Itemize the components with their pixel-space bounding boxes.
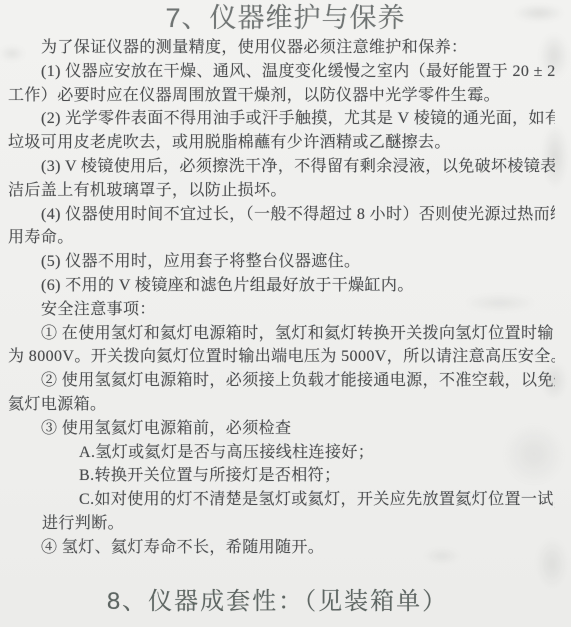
section-7-heading: 7、仪器维护与保养 — [0, 3, 571, 33]
text-line: (1) 仪器应安放在干燥、通风、温度变化缓慢之室内（最好能置于 20 ± 2℃室… — [8, 60, 555, 84]
text-line: 工作）必要时应在仪器周围放置干燥剂，以防仪器中光学零件生霉。 — [8, 84, 555, 108]
text-line: 氦灯电源箱。 — [8, 393, 555, 417]
text-line: 为了保证仪器的测量精度，使用仪器必须注意维护和保养： — [8, 36, 555, 60]
text-line: 洁后盖上有机玻璃罩子，以防止损坏。 — [8, 179, 555, 203]
text-line: (2) 光学零件表面不得用油手或汗手触摸，尤其是 V 棱镜的通光面，如有灰尘或 — [8, 107, 555, 131]
content-lines: 为了保证仪器的测量精度，使用仪器必须注意维护和保养：(1) 仪器应安放在干燥、通… — [0, 36, 571, 560]
text-line: C.如对使用的灯不清楚是氢灯或氦灯，开关应先放置氦灯位置一试， — [8, 488, 555, 512]
text-line: ④ 氢灯、氦灯寿命不长，希随用随开。 — [8, 536, 555, 560]
text-line: ③ 使用氢氦灯电源箱前，必须检查 — [8, 417, 555, 441]
text-line: (5) 仪器不用时，应用套子将整台仪器遮住。 — [8, 250, 555, 274]
text-line: 为 8000V。开关拨向氦灯位置时输出端电压为 5000V，所以请注意高压安全。 — [8, 345, 555, 369]
scanned-manual-page: 7、仪器维护与保养 为了保证仪器的测量精度，使用仪器必须注意维护和保养：(1) … — [0, 0, 571, 627]
text-line: A.氢灯或氦灯是否与高压接线柱连接好； — [8, 441, 555, 465]
text-line: (3) V 棱镜使用后，必须擦洗干净，不得留有剩余浸液，以免破坏棱镜表面，清 — [8, 155, 555, 179]
text-line: 进行判断。 — [8, 512, 555, 536]
text-line: ① 在使用氢灯和氦灯电源箱时，氢灯和氦灯转换开关拨向氢灯位置时输出端电压 — [8, 322, 555, 346]
section-8-heading: 8、仪器成套性：（见装箱单） — [0, 587, 563, 617]
text-line: (6) 不用的 V 棱镜座和滤色片组最好放于干燥缸内。 — [8, 274, 555, 298]
text-line: 用寿命。 — [8, 226, 555, 250]
text-line: ② 使用氢氦灯电源箱时，必须接上负载才能接通电源，不准空载，以免烧坏氢 — [8, 369, 555, 393]
text-line: (4) 仪器使用时间不宜过长，（一般不得超过 8 小时）否则使光源过热而缩短使 — [8, 203, 555, 227]
text-line: B.转换开关位置与所接灯是否相符； — [8, 464, 555, 488]
text-line: 安全注意事项： — [8, 298, 555, 322]
text-line: 垃圾可用皮老虎吹去，或用脱脂棉蘸有少许酒精或乙醚擦去。 — [8, 131, 555, 155]
